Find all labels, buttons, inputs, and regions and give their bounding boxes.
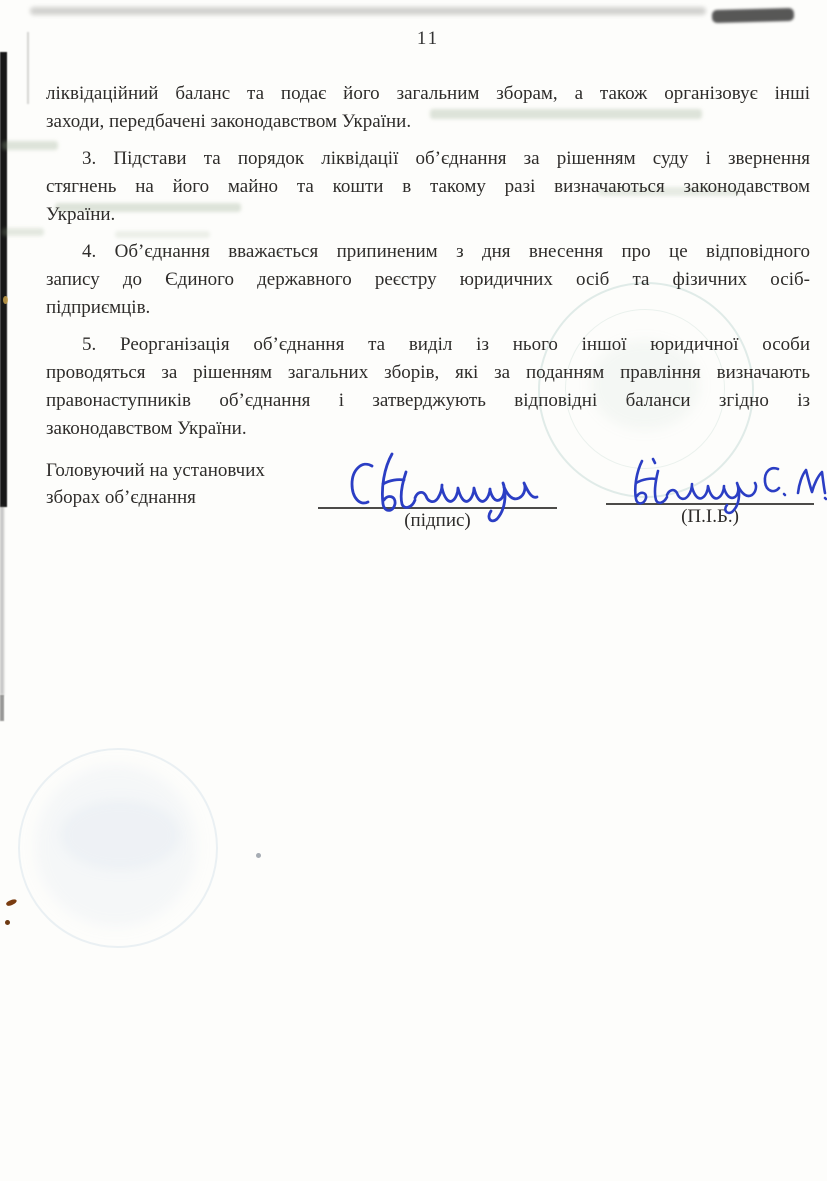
paper-speck [5, 898, 17, 907]
text-line: 5. Реорганізація об’єднання та виділ із … [46, 331, 810, 359]
text-line: законодавством України. [46, 415, 810, 443]
paper-fold-line [27, 32, 29, 104]
paper-speck [5, 920, 10, 925]
handwritten-name-signature [626, 453, 827, 515]
document-body: ліквідаційний баланс та подає його загал… [46, 80, 810, 443]
paragraph-clause-5: 5. Реорганізація об’єднання та виділ із … [46, 331, 810, 443]
paragraph-clause-4: 4. Об’єднання вважається припиненим з дн… [46, 238, 810, 322]
paper-speck [3, 296, 8, 304]
scan-top-streak [30, 7, 706, 15]
text-line: стягнень на його майно та кошти в такому… [46, 173, 810, 201]
page-number: 11 [46, 28, 810, 50]
paragraph-continuation: ліквідаційний баланс та подає його загал… [46, 80, 810, 136]
scan-edge-shadow [0, 52, 7, 507]
text-line: правонаступників об’єднання і затверджую… [46, 387, 810, 415]
paper-speck [256, 853, 261, 858]
signatory-role: Головуючий на установчих зборах об’єднан… [46, 457, 316, 511]
signatory-role-line: зборах об’єднання [46, 484, 316, 511]
text-line: ліквідаційний баланс та подає його загал… [46, 80, 810, 108]
scanned-page: 11 ліквідаційний баланс та подає його за… [0, 0, 827, 1181]
text-line: проводяться за рішенням загальних зборів… [46, 359, 810, 387]
bleed-through-mark [2, 228, 44, 236]
scan-edge-shadow-fade [0, 505, 4, 695]
signatory-role-line: Головуючий на установчих [46, 457, 316, 484]
scan-edge-shadow-segment [0, 695, 4, 721]
scan-top-smudge [712, 8, 794, 23]
paragraph-clause-3: 3. Підстави та порядок ліквідації об’єдн… [46, 145, 810, 229]
text-line: заходи, передбачені законодавством Украї… [46, 108, 810, 136]
text-line: 4. Об’єднання вважається припиненим з дн… [46, 238, 810, 266]
stamp-bleed-through-texture [60, 800, 180, 870]
text-line: 3. Підстави та порядок ліквідації об’єдн… [46, 145, 810, 173]
handwritten-signature [338, 450, 568, 528]
text-line: України. [46, 201, 810, 229]
text-line: запису до Єдиного державного реєстру юри… [46, 266, 810, 294]
text-line: підприємців. [46, 294, 810, 322]
